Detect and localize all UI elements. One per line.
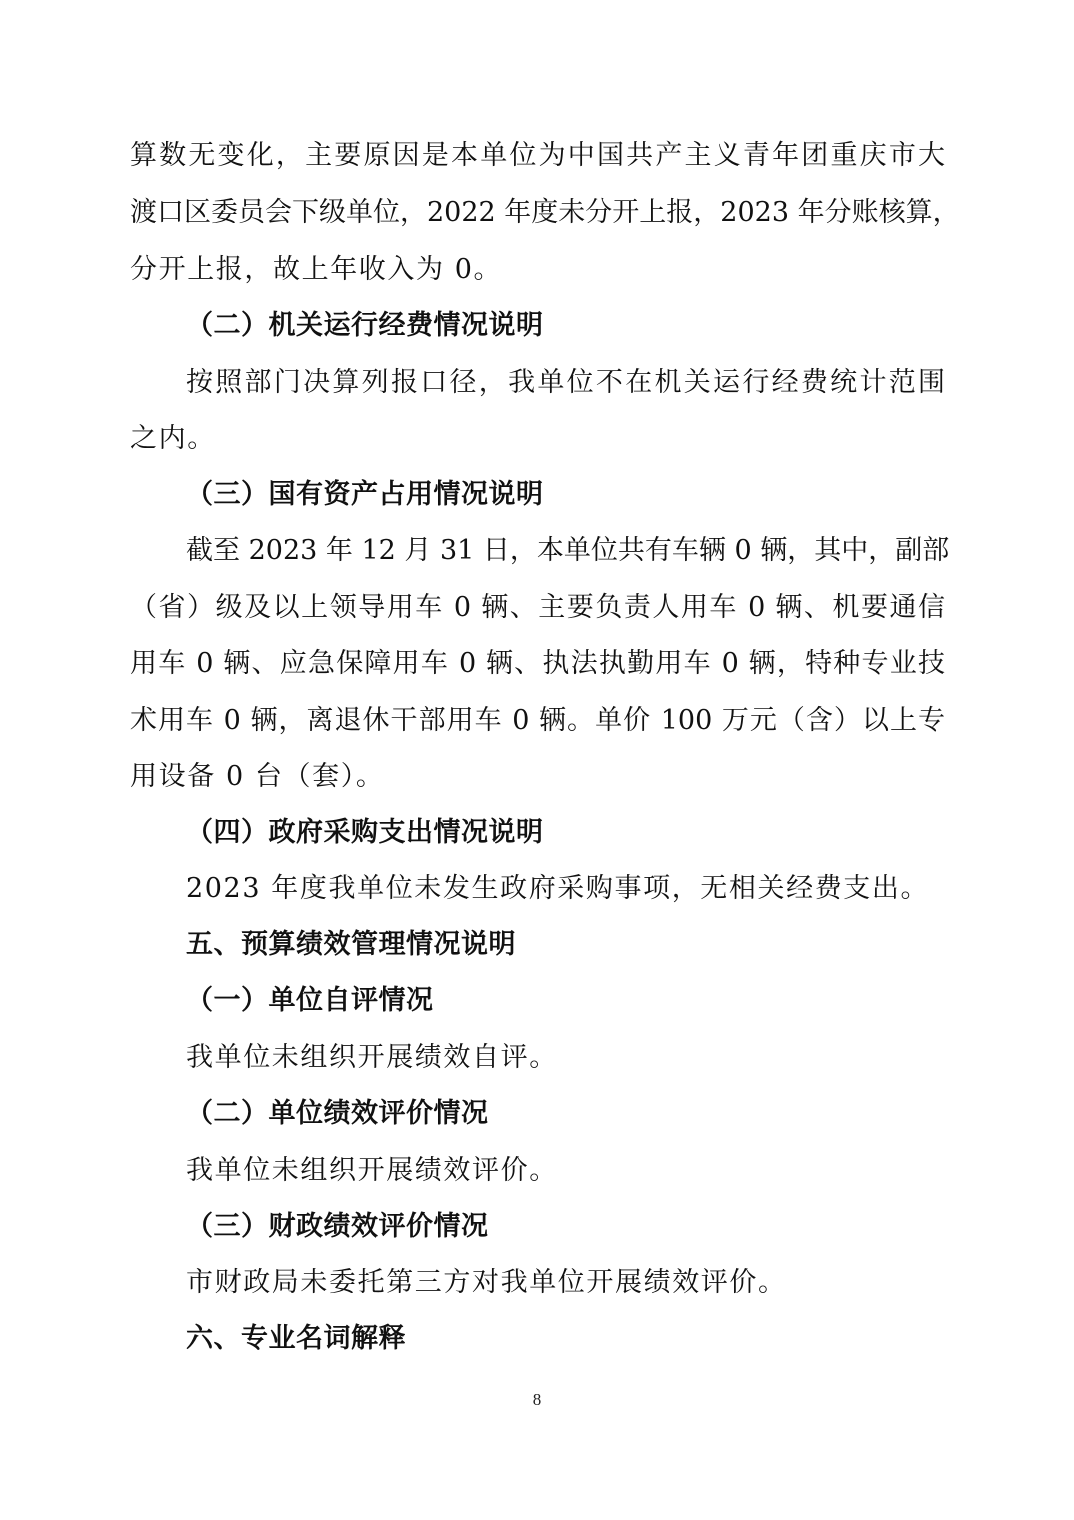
paragraph-line: 我单位未组织开展绩效自评。	[186, 1044, 558, 1071]
paragraph-line: 市财政局未委托第三方对我单位开展绩效评价。	[186, 1269, 787, 1296]
paragraph-line: 用车 0 辆、应急保障用车 0 辆、执法执勤用车 0 辆，特种专业技	[130, 650, 945, 677]
paragraph-line: （省）级及以上领导用车 0 辆、主要负责人用车 0 辆、机要通信	[130, 594, 945, 621]
paragraph-line: 渡口区委员会下级单位，2022 年度未分开上报，2023 年分账核算，	[130, 199, 945, 226]
subsection-heading: （三）财政绩效评价情况	[186, 1213, 489, 1240]
paragraph-line: 用设备 0 台（套）。	[130, 763, 384, 790]
paragraph-line: 2023 年度我单位未发生政府采购事项，无相关经费支出。	[186, 875, 929, 902]
page-number: 8	[0, 1390, 1074, 1410]
subsection-heading: （四）政府采购支出情况说明	[186, 819, 544, 846]
section-heading: 六、专业名词解释	[186, 1325, 406, 1352]
paragraph-line: 算数无变化，主要原因是本单位为中国共产主义青年团重庆市大	[130, 142, 945, 169]
paragraph-line: 截至 2023 年 12 月 31 日，本单位共有车辆 0 辆，其中，副部	[186, 537, 945, 564]
paragraph-line: 之内。	[130, 425, 216, 452]
subsection-heading: （三）国有资产占用情况说明	[186, 481, 544, 508]
paragraph-line: 分开上报，故上年收入为 0。	[130, 256, 502, 283]
subsection-heading: （一）单位自评情况	[186, 987, 434, 1014]
paragraph-line: 术用车 0 辆，离退休干部用车 0 辆。单价 100 万元（含）以上专	[130, 707, 945, 734]
section-heading: 五、预算绩效管理情况说明	[186, 931, 516, 958]
subsection-heading: （二）机关运行经费情况说明	[186, 312, 544, 339]
subsection-heading: （二）单位绩效评价情况	[186, 1100, 489, 1127]
paragraph-line: 我单位未组织开展绩效评价。	[186, 1157, 558, 1184]
document-page: 算数无变化，主要原因是本单位为中国共产主义青年团重庆市大 渡口区委员会下级单位，…	[0, 0, 1074, 1520]
paragraph-line: 按照部门决算列报口径，我单位不在机关运行经费统计范围	[186, 369, 945, 396]
